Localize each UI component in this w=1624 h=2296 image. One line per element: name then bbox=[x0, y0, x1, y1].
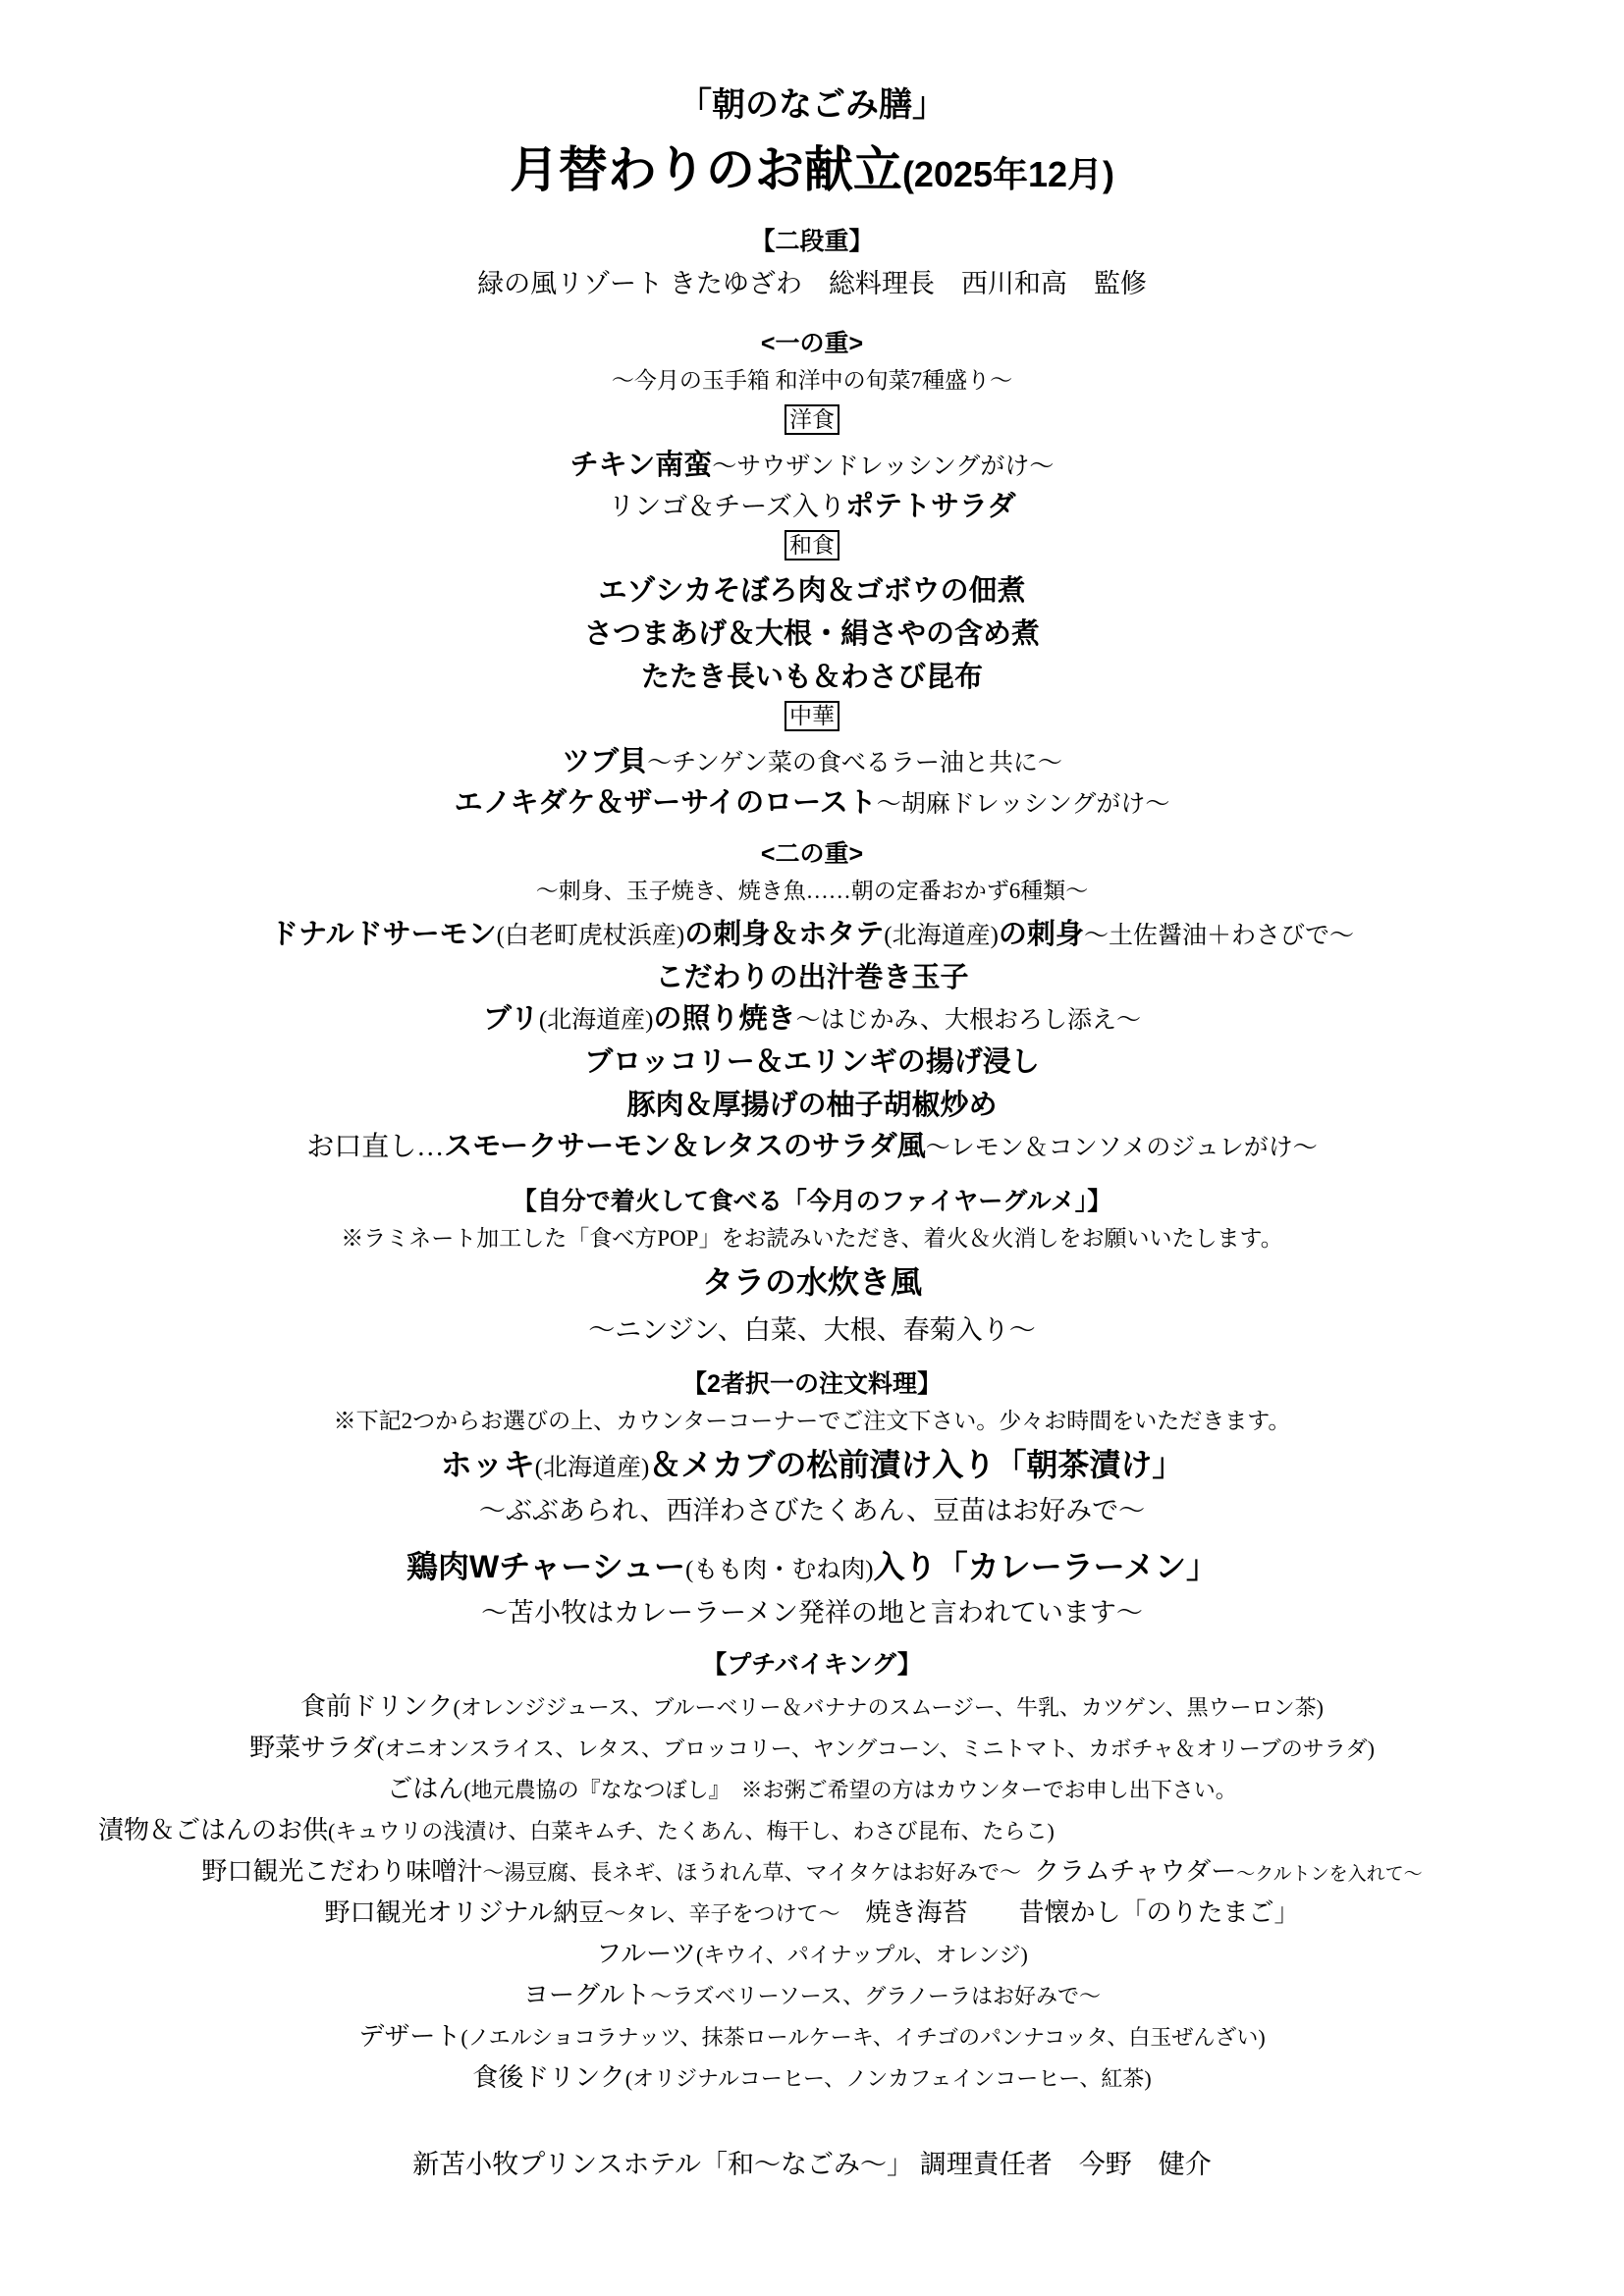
category-label-western: 洋食 bbox=[0, 404, 1624, 435]
buffet-line: デザート(ノエルショコラナッツ、抹茶ロールケーキ、イチゴのパンナコッタ、白玉ぜん… bbox=[0, 2024, 1624, 2050]
menu-item: エゾシカそぼろ肉＆ゴボウの佃煮 bbox=[0, 577, 1624, 606]
menu-item: さつまあげ＆大根・絹さやの含め煮 bbox=[0, 620, 1624, 649]
menu-item: ブリ(北海道産)の照り焼き～はじかみ、大根おろし添え～ bbox=[0, 1005, 1624, 1034]
menu-title-main: 月替わりのお献立 bbox=[510, 142, 902, 197]
buffet-line: 野菜サラダ(オニオンスライス、レタス、ブロッコリー、ヤングコーン、ミニトマト、カ… bbox=[0, 1735, 1624, 1761]
choice-dish: ホッキ(北海道産)＆メカブの松前漬け入り「朝茶漬け」 bbox=[0, 1449, 1624, 1480]
choice-note: ※下記2つからお選びの上、カウンターコーナーでご注文下さい。少々お時間をいただき… bbox=[0, 1410, 1624, 1432]
menu-item: ツブ貝～チンゲン菜の食べるラー油と共に～ bbox=[0, 748, 1624, 776]
buffet-line: ごはん(地元農協の『ななつぼし』 ※お粥ご希望の方はカウンターでお申し出下さい。 bbox=[0, 1777, 1624, 1802]
buffet-line: ヨーグルト～ラズベリーソース、グラノーラはお好みで～ bbox=[0, 1983, 1624, 2008]
buffet-line: フルーツ(キウイ、パイナップル、オレンジ) bbox=[0, 1942, 1624, 1967]
menu-item: お口直し…スモークサーモン＆レタスのサラダ風～レモン＆コンソメのジュレがけ～ bbox=[0, 1133, 1624, 1161]
section-header-nidanju: 【二段重】 bbox=[0, 230, 1624, 254]
menu-item: 豚肉＆厚揚げの柚子胡椒炒め bbox=[0, 1092, 1624, 1120]
supervisor-credit: 緑の風リゾート きたゆざわ 総料理長 西川和高 監修 bbox=[0, 271, 1624, 297]
menu-page: 「朝のなごみ膳」 月替わりのお献立(2025年12月) 【二段重】 緑の風リゾー… bbox=[0, 0, 1624, 2296]
menu-item: ドナルドサーモン(白老町虎杖浜産)の刺身＆ホタテ(北海道産)の刺身～土佐醤油＋わ… bbox=[0, 921, 1624, 949]
buffet-line: 食後ドリンク(オリジナルコーヒー、ノンカフェインコーヒー、紅茶) bbox=[0, 2065, 1624, 2091]
choice-dish: 鶏肉Wチャーシュー(もも肉・むね肉)入り「カレーラーメン」 bbox=[0, 1551, 1624, 1582]
choice-dish-sub: ～ぶぶあられ、西洋わさびたくあん、豆苗はお好みで～ bbox=[0, 1498, 1624, 1524]
section-header-ichinoju: <一の重> bbox=[0, 332, 1624, 356]
footer-credit: 新苫小牧プリンスホテル「和～なごみ～」 調理責任者 今野 健介 bbox=[0, 2152, 1624, 2178]
ninoju-tagline: ～刺身、玉子焼き、焼き魚……朝の定番おかず6種類～ bbox=[0, 880, 1624, 902]
section-header-buffet: 【プチバイキング】 bbox=[0, 1653, 1624, 1678]
menu-title-period: (2025年12月) bbox=[902, 154, 1114, 194]
buffet-line: 食前ドリンク(オレンジジュース、ブルーベリー＆バナナのスムージー、牛乳、カツゲン… bbox=[0, 1694, 1624, 1720]
menu-item: チキン南蛮～サウザンドレッシングがけ～ bbox=[0, 452, 1624, 480]
buffet-line: 野口観光こだわり味噌汁～湯豆腐、長ネギ、ほうれん草、マイタケはお好みで～ クラム… bbox=[0, 1859, 1624, 1885]
menu-title: 月替わりのお献立(2025年12月) bbox=[0, 145, 1624, 194]
category-label-japanese: 和食 bbox=[0, 530, 1624, 561]
ichinoju-tagline: ～今月の玉手箱 和洋中の旬菜7種盛り～ bbox=[0, 369, 1624, 392]
menu-item: たたき長いも＆わさび昆布 bbox=[0, 664, 1624, 692]
buffet-line: 漬物＆ごはんのお供(キュウリの浅漬け、白菜キムチ、たくあん、梅干し、わさび昆布、… bbox=[98, 1818, 1055, 1843]
section-header-ninoju: <二の重> bbox=[0, 842, 1624, 867]
fire-gourmet-dish: タラの水炊き風 bbox=[0, 1266, 1624, 1298]
fire-gourmet-note: ※ラミネート加工した「食べ方POP」をお読みいただき、着火＆火消しをお願いいたし… bbox=[0, 1227, 1624, 1250]
menu-item: ブロッコリー＆エリンギの揚げ浸し bbox=[0, 1048, 1624, 1077]
menu-item: エノキダケ＆ザーサイのロースト～胡麻ドレッシングがけ～ bbox=[0, 789, 1624, 818]
menu-item: リンゴ＆チーズ入りポテトサラダ bbox=[0, 493, 1624, 521]
buffet-line: 野口観光オリジナル納豆～タレ、辛子をつけて～ 焼き海苔 昔懐かし「のりたまご」 bbox=[0, 1900, 1624, 1926]
section-header-choice: 【2者択一の注文料理】 bbox=[0, 1372, 1624, 1397]
menu-subtitle: 「朝のなごみ膳」 bbox=[0, 88, 1624, 122]
category-label-chinese: 中華 bbox=[0, 701, 1624, 731]
section-header-fire-gourmet: 【自分で着火して食べる「今月のファイヤーグルメ」】 bbox=[0, 1190, 1624, 1214]
choice-dish-sub: ～苫小牧はカレーラーメン発祥の地と言われています～ bbox=[0, 1600, 1624, 1627]
menu-item: こだわりの出汁巻き玉子 bbox=[0, 964, 1624, 992]
fire-gourmet-dish-sub: ～ニンジン、白菜、大根、春菊入り～ bbox=[0, 1317, 1624, 1344]
